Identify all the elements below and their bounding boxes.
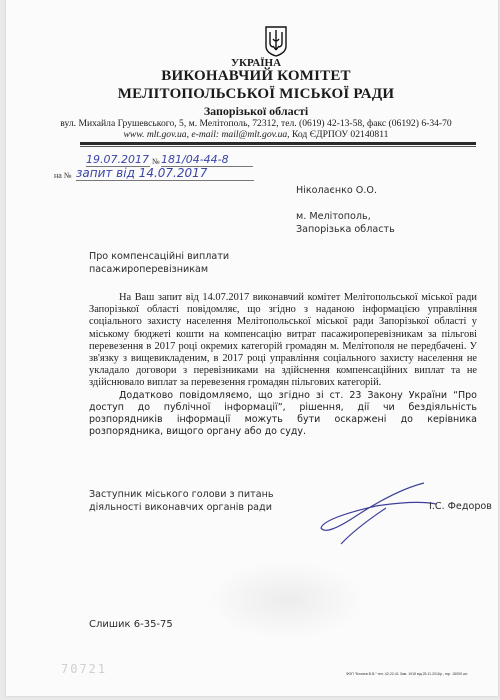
letter-page: УКРАЇНА ВИКОНАВЧИЙ КОМІТЕТ МЕЛІТОПОЛЬСЬК…: [6, 0, 498, 696]
recipient-region: Запорізька область: [296, 223, 395, 236]
letter-subject: Про компенсаційні виплати пасажиропереві…: [89, 250, 229, 276]
position-line2: діяльності виконавчих органів ради: [89, 501, 274, 514]
signatory-position: Заступник міського голови з питань діяль…: [89, 488, 274, 514]
handwritten-signature-icon: [296, 478, 446, 548]
trident-emblem-icon: [265, 26, 287, 57]
subject-line2: пасажироперевізникам: [89, 263, 229, 276]
letterhead-divider-thin: [80, 146, 476, 147]
recipient-address: м. Мелітополь, Запорізька область: [296, 210, 395, 236]
letter-body: На Ваш запит від 14.07.2017 виконавчий к…: [89, 292, 477, 438]
body-paragraph-1: На Ваш запит від 14.07.2017 виконавчий к…: [89, 292, 477, 390]
faint-stamp-number: 70721: [61, 662, 107, 676]
letterhead-divider: [80, 142, 476, 145]
recipient-city: м. Мелітополь,: [296, 210, 395, 223]
org-address: вул. Михайла Грушевського, 5, м. Мелітоп…: [6, 118, 500, 129]
subject-line1: Про компенсаційні виплати: [89, 250, 229, 263]
body-paragraph-2: Додатково повідомляємо, що згідно зі ст.…: [89, 390, 477, 439]
position-line1: Заступник міського голови з питань: [89, 488, 274, 501]
org-name-line2: МЕЛІТОПОЛЬСЬКОЇ МІСЬКОЇ РАДИ: [6, 86, 500, 103]
registration-number-label: №: [152, 157, 160, 166]
signatory-name: І.С. Федоров: [429, 501, 492, 512]
recipient-name: Ніколаєнко О.О.: [296, 185, 377, 196]
executor-contact: Слишик 6-35-75: [89, 619, 173, 630]
org-web-email: www. mlt.gov.ua, e-mail: mail@mlt.gov.ua…: [124, 129, 290, 140]
registration-number: 181/04-44-8: [161, 153, 253, 167]
org-contacts: www. mlt.gov.ua, e-mail: mail@mlt.gov.ua…: [6, 129, 500, 140]
reply-to-label: на №: [54, 171, 71, 180]
registration-date: 19.07.2017: [86, 153, 150, 167]
org-region: Запорізької області: [6, 104, 500, 119]
org-edrpou: Код ЄДРПОУ 02140811: [292, 129, 388, 140]
org-name-line1: ВИКОНАВЧИЙ КОМІТЕТ: [6, 68, 500, 85]
printer-note: ФОП “Бєляєв В.В.” тел. 42-22-41 Зам. 191…: [346, 672, 468, 676]
reply-to-reference: запит від 14.07.2017: [76, 166, 254, 181]
